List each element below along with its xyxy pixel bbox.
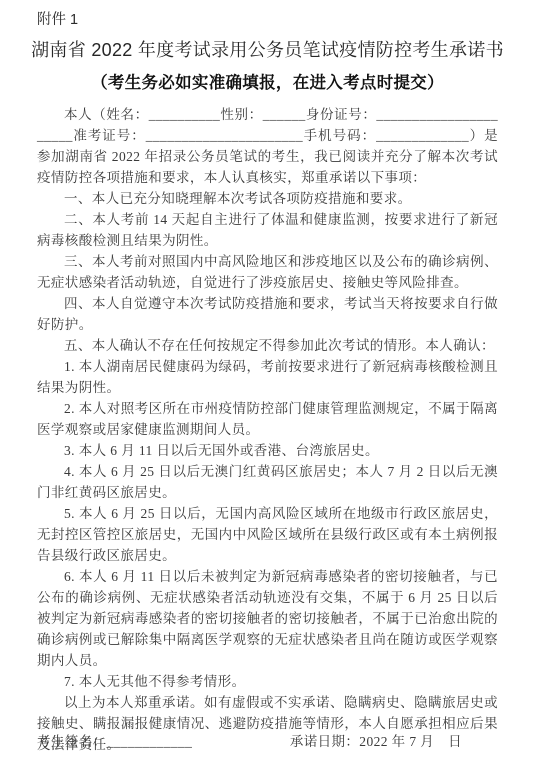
confirm-item-3: 3. 本人 6 月 11 日以后无国外或香港、台湾旅居史。 bbox=[37, 440, 498, 461]
confirm-item-2: 2. 本人对照考区所在市州疫情防控部门健康管理监测规定，不属于隔离医学观察或居家… bbox=[37, 398, 498, 440]
document-title: 湖南省 2022 年度考试录用公务员笔试疫情防控考生承诺书 bbox=[27, 38, 508, 62]
confirm-item-4: 4. 本人 6 月 25 日以后无澳门红黄码区旅居史；本人 7 月 2 日以后无… bbox=[37, 461, 498, 503]
document-page: 附件 1 湖南省 2022 年度考试录用公务员笔试疫情防控考生承诺书 （考生务必… bbox=[0, 0, 535, 761]
clause-1-paragraph: 一、本人已充分知晓理解本次考试各项防疫措施和要求。 bbox=[37, 188, 498, 209]
document-body: 本人（姓名：__________性别：______身份证号：__________… bbox=[37, 104, 498, 755]
clause-4-paragraph: 四、本人自觉遵守本次考试防疫措施和要求，考试当天将按要求自行做好防护。 bbox=[37, 293, 498, 335]
confirm-item-6: 6. 本人 6 月 11 日以后未被判定为新冠病毒感染者的密切接触者，与已公布的… bbox=[37, 566, 498, 671]
intro-paragraph: 本人（姓名：__________性别：______身份证号：__________… bbox=[37, 104, 498, 188]
confirm-item-1: 1. 本人湖南居民健康码为绿码，考前按要求进行了新冠病毒核酸检测且结果为阴性。 bbox=[37, 356, 498, 398]
clause-5-paragraph: 五、本人确认不存在任何按规定不得参加此次考试的情形。本人确认： bbox=[37, 335, 498, 356]
commitment-date-label: 承诺日期：2022 年 7 月 日 bbox=[290, 731, 462, 752]
document-subtitle: （考生务必如实准确填报，在进入考点时提交） bbox=[37, 72, 498, 94]
candidate-signature-label: 考生签名：____________ bbox=[37, 731, 192, 752]
attachment-label: 附件 1 bbox=[37, 10, 498, 30]
clause-2-paragraph: 二、本人考前 14 天起自主进行了体温和健康监测，按要求进行了新冠病毒核酸检测且… bbox=[37, 209, 498, 251]
clause-3-paragraph: 三、本人考前对照国内中高风险地区和涉疫地区以及公布的确诊病例、无症状感染者活动轨… bbox=[37, 251, 498, 293]
confirm-item-7: 7. 本人无其他不得参考情形。 bbox=[37, 671, 498, 692]
confirm-item-5: 5. 本人 6 月 25 日以后，无国内高风险区域所在地级市行政区旅居史，无封控… bbox=[37, 503, 498, 566]
signature-row: 考生签名：____________ 承诺日期：2022 年 7 月 日 bbox=[37, 731, 498, 752]
